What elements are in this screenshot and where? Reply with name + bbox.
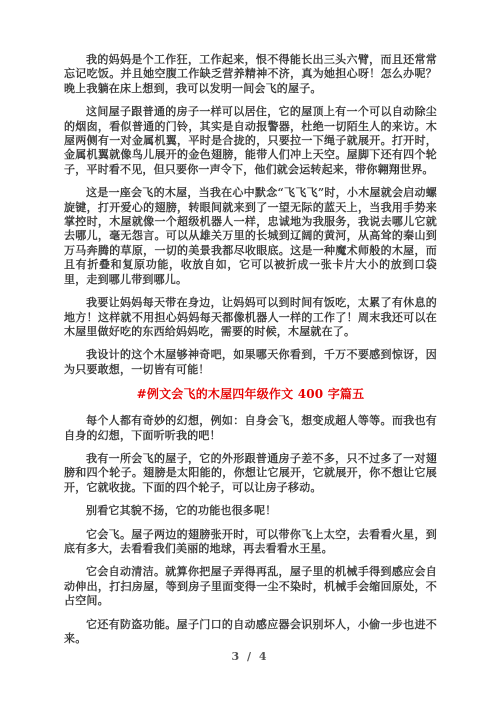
essay-paragraph: 我要让妈妈每天带在身边，让妈妈可以到时间有饭吃，太累了有休息的地方！这样就不用担… — [64, 296, 437, 339]
essay-page: 我的妈妈是个工作狂，工作起来，恨不得能长出三头六臂，而且还常常忘记吃饭。并且她空… — [0, 0, 500, 707]
page-number-indicator: 3 / 4 — [0, 650, 500, 663]
essay-paragraph: 它会自动清洁。就算你把屋子弄得再乱，屋子里的机械手得到感应会自动伸出，打扫房屋，… — [64, 565, 437, 608]
essay-paragraph: 别看它其貌不扬，它的功能也很多呢！ — [64, 504, 437, 518]
essay-paragraph: 我有一所会飞的屋子，它的外形跟普通房子差不多，只不过多了一对翅膀和四个轮子。翅膀… — [64, 452, 437, 495]
essay-paragraph: 我的妈妈是个工作狂，工作起来，恨不得能长出三头六臂，而且还常常忘记吃饭。并且她空… — [64, 53, 437, 96]
essay-body-top: 我的妈妈是个工作狂，工作起来，恨不得能长出三头六臂，而且还常常忘记吃饭。并且她空… — [64, 53, 437, 377]
essay-paragraph: 这间屋子跟普通的房子一样可以居住，它的屋顶上有一个可以自动除尘的烟囱，看似普通的… — [64, 105, 437, 177]
essay-paragraph: 它还有防盗功能。屋子门口的自动感应器会识别坏人，小偷一步也进不来。 — [64, 618, 437, 647]
essay-paragraph: 这是一座会飞的木屋，当我在心中默念“飞飞飞”时，小木屋就会启动螺旋键，打开爱心的… — [64, 186, 437, 287]
section-heading: #例文会飞的木屋四年级作文 400 字篇五 — [64, 386, 437, 402]
essay-body-bottom: 每个人都有奇妙的幻想，例如：自身会飞，想变成超人等等。而我也有自身的幻想，下面听… — [64, 414, 437, 646]
essay-paragraph: 每个人都有奇妙的幻想，例如：自身会飞，想变成超人等等。而我也有自身的幻想，下面听… — [64, 414, 437, 443]
essay-paragraph: 我设计的这个木屋够神奇吧，如果哪天你看到，千万不要感到惊讶，因为只要敢想，一切皆… — [64, 348, 437, 377]
essay-paragraph: 它会飞。屋子两边的翅膀张开时，可以带你飞上太空，去看看火星，到底有多大，去看看我… — [64, 528, 437, 557]
